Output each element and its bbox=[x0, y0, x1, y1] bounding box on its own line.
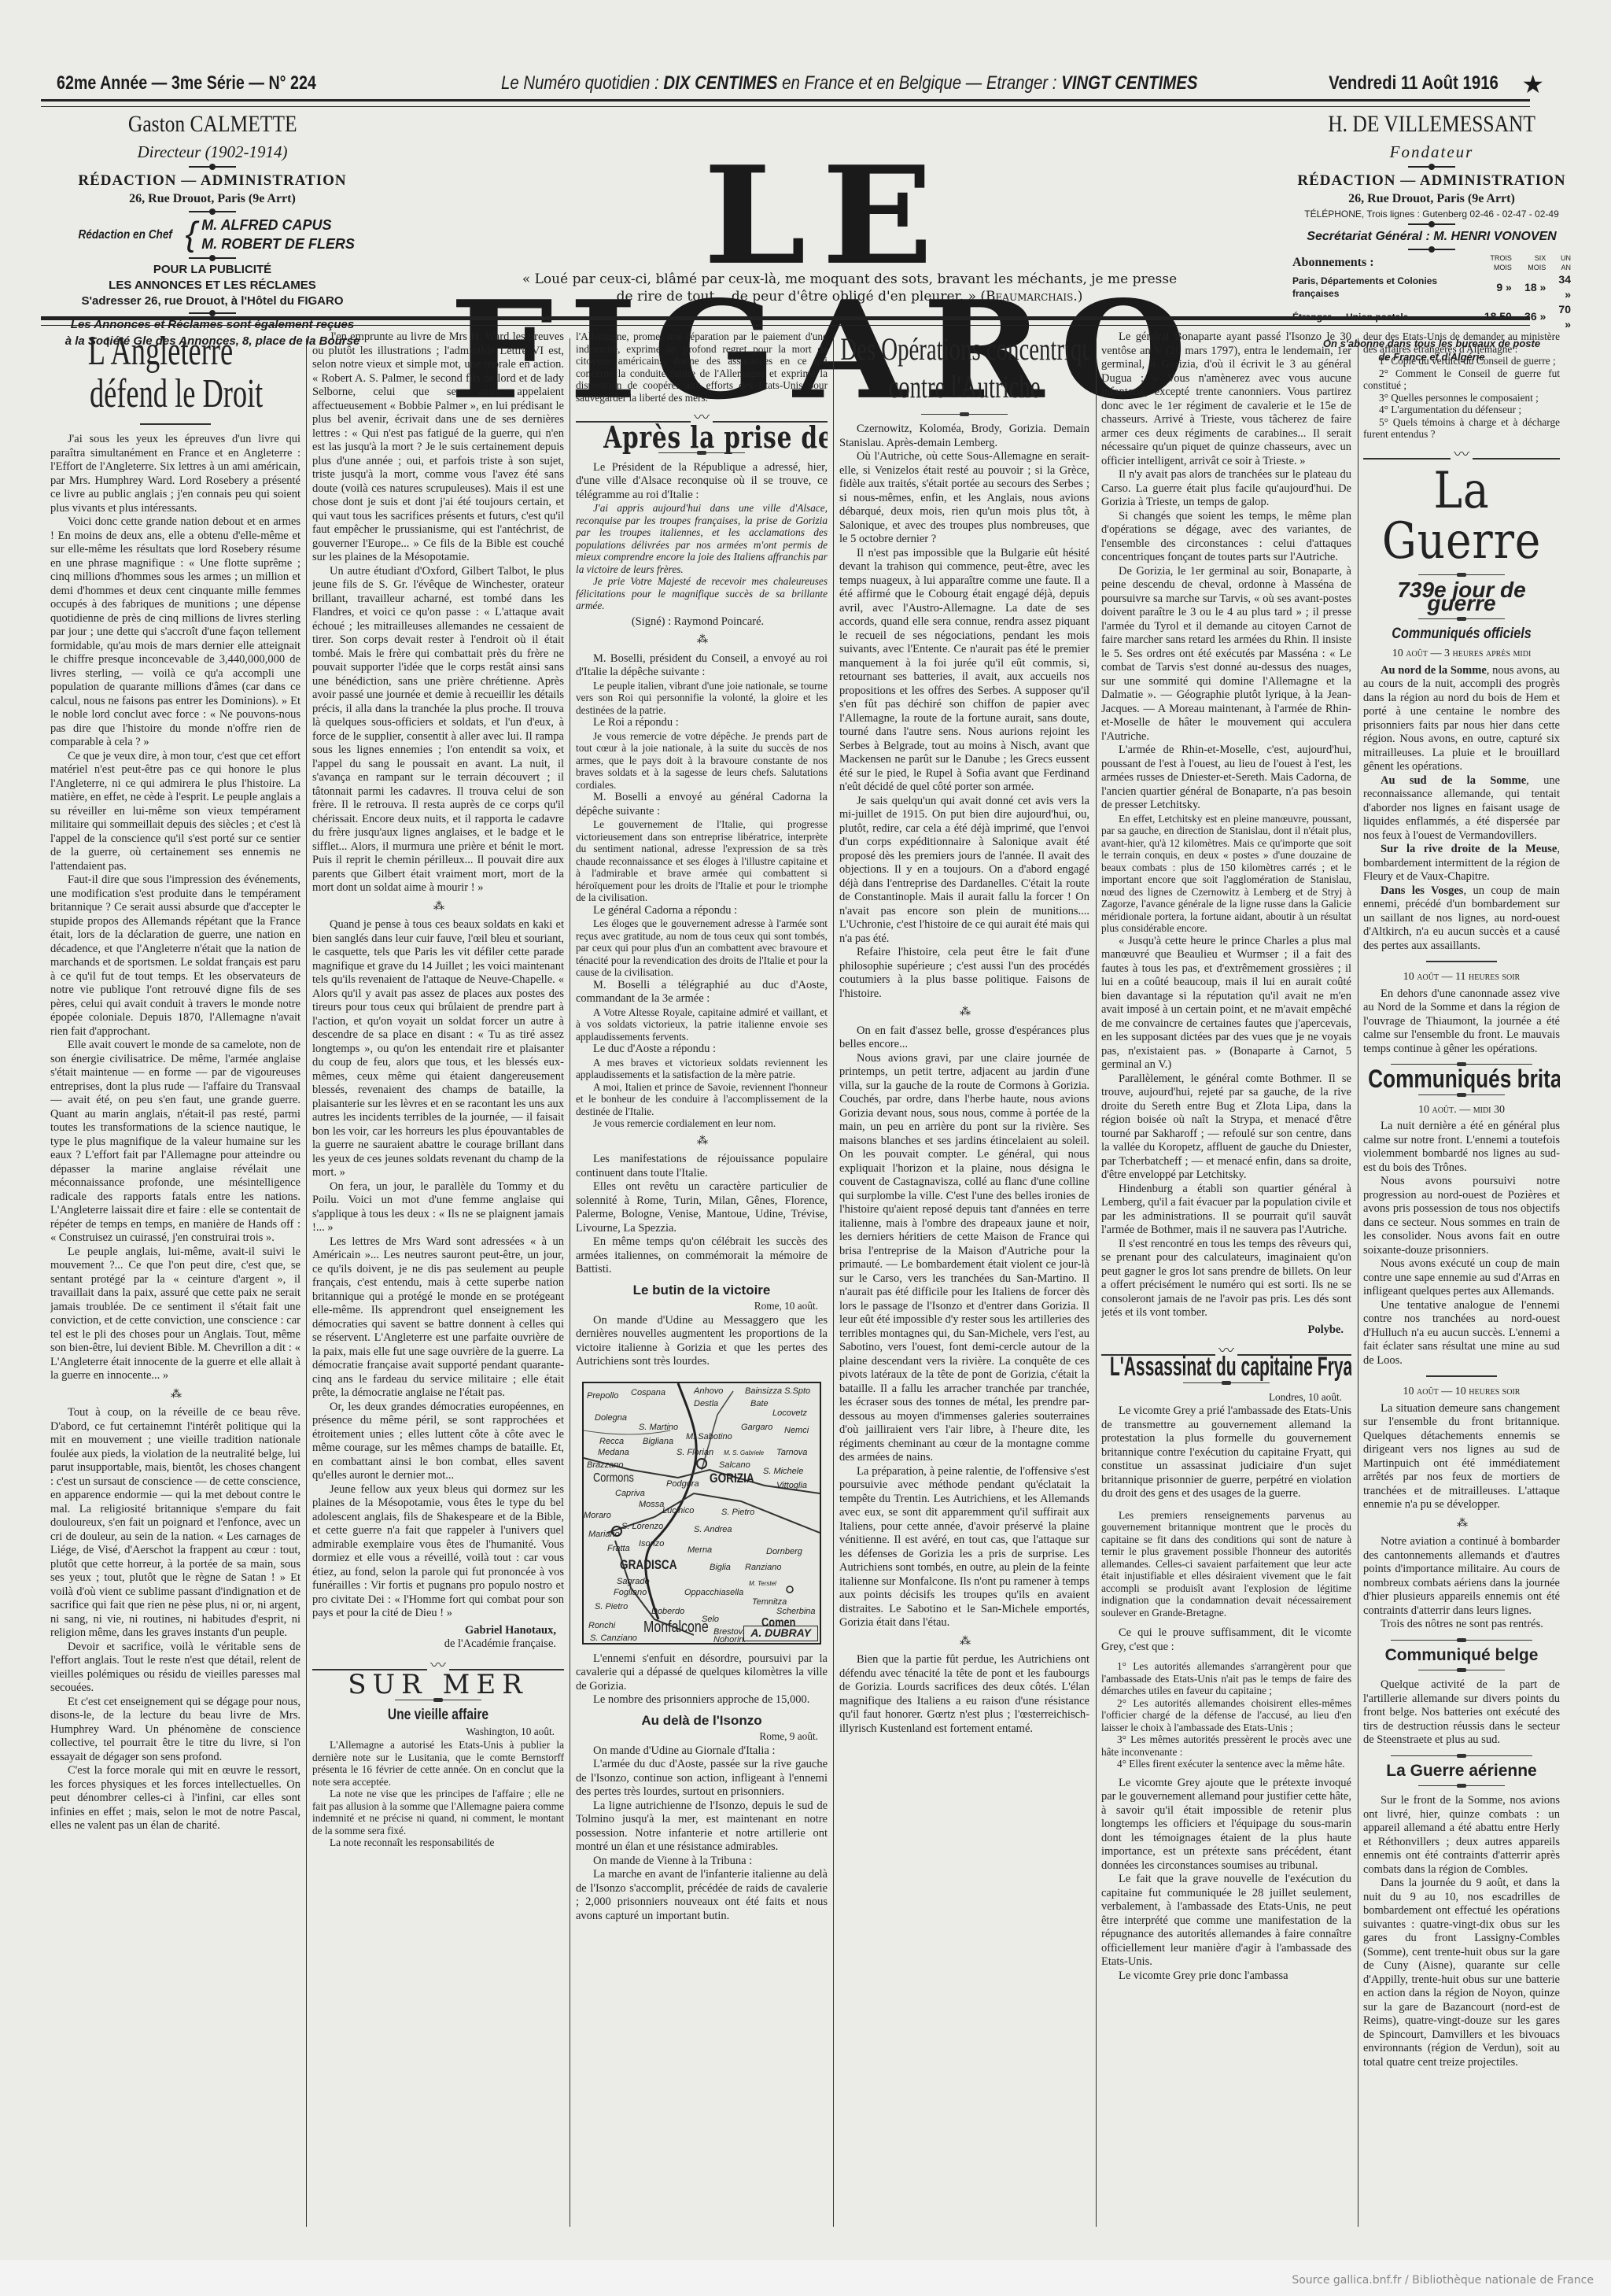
paragraph: En effet, Letchitsky est en pleine manœu… bbox=[1101, 813, 1351, 935]
communique-paragraph: Au sud de la Somme, une reconnaissance a… bbox=[1363, 774, 1560, 843]
paragraph: M. Boselli, président du Conseil, a envo… bbox=[576, 652, 828, 680]
paragraph: Le Roi a répondu : bbox=[576, 716, 828, 730]
paragraph: Où l'Autriche, où cette Sous-Allemagne e… bbox=[839, 450, 1089, 547]
column-6: deur des Etats-Unis de demander au minis… bbox=[1363, 330, 1560, 2250]
paragraph: Elle avait couvert le monde de sa camelo… bbox=[50, 1039, 300, 1246]
divider bbox=[1418, 618, 1505, 619]
article-body: J'ai sous les yeux les épreuves d'un liv… bbox=[50, 433, 300, 1833]
paragraph: Le fait que la grave nouvelle de l'exécu… bbox=[1101, 1873, 1351, 1969]
paragraph: Les éloges que le gouvernement adresse à… bbox=[576, 917, 828, 979]
wave-divider bbox=[1363, 450, 1560, 460]
column-divider bbox=[833, 338, 834, 2227]
paragraph: Le général Cadorna a répondu : bbox=[576, 904, 828, 918]
paragraph: Or, les deux grandes démocraties europée… bbox=[312, 1401, 564, 1483]
article-title-fryatt: L'Assassinat du capitaine Fryatt bbox=[1110, 1360, 1343, 1375]
section-heading: Communiqués officiels bbox=[1378, 627, 1546, 641]
paragraph: Tout à coup, on la réveille de ce beau r… bbox=[50, 1406, 300, 1641]
top-rule bbox=[41, 99, 1530, 107]
author-signature: Gabriel Hanotaux, de l'Académie français… bbox=[312, 1624, 556, 1652]
paragraph: Nous avons poursuivi notre progression a… bbox=[1363, 1175, 1560, 1257]
office-label: RÉDACTION — ADMINISTRATION bbox=[1290, 171, 1573, 191]
paragraph: Le peuple italien, vibrant d'une joie na… bbox=[576, 680, 828, 717]
paragraph: 3° Quelles personnes le composaient ; bbox=[1363, 392, 1560, 404]
divider bbox=[140, 423, 211, 425]
editors-in-chief: Rédaction en Chef { M. ALFRED CAPUS M. R… bbox=[47, 216, 378, 254]
wave-divider bbox=[312, 1661, 564, 1670]
paragraph: « Jusqu'à cette heure le prince Charles … bbox=[1101, 935, 1351, 1072]
masthead-right: H. DE VILLEMESSANT Fondateur RÉDACTION —… bbox=[1290, 109, 1573, 364]
paragraph: 5° Quels témoins à charge et à décharge … bbox=[1363, 416, 1560, 441]
office-address: 26, Rue Drouot, Paris (9e Arrt) bbox=[1290, 190, 1573, 208]
paragraph: Nous avions gravi, par une claire journé… bbox=[839, 1052, 1089, 1465]
price-line: Le Numéro quotidien : DIX CENTIMES en Fr… bbox=[501, 72, 1198, 94]
asterism-divider: ⁂ bbox=[50, 1388, 300, 1402]
paragraph: Une tentative analogue de l'ennemi contr… bbox=[1363, 1299, 1560, 1368]
chief-name: M. ROBERT DE FLERS bbox=[201, 234, 355, 253]
article-body: J'en emprunte au livre de Mrs H. Ward le… bbox=[312, 330, 564, 1621]
article-title-angleterre: L'Angleterre défend le Droit bbox=[88, 330, 264, 415]
paragraph: Bien que la partie fût perdue, les Autri… bbox=[839, 1653, 1089, 1736]
paragraph: Ce que je veux dire, à mon tour, c'est q… bbox=[50, 750, 300, 874]
map-credit: A. DUBRAY bbox=[743, 1626, 818, 1641]
divider bbox=[1391, 1755, 1532, 1756]
section-heading: Le butin de la victoire bbox=[576, 1283, 828, 1297]
telephone: TÉLÉPHONE, Trois lignes : Gutenberg 02-4… bbox=[1290, 208, 1573, 220]
paragraph: L'armée de Rhin-et-Moselle, c'est, aujou… bbox=[1101, 744, 1351, 813]
source-credit: Source gallica.bnf.fr / Bibliothèque nat… bbox=[1292, 2274, 1594, 2287]
paragraph: 4° Elles firent exécuter la sentence ave… bbox=[1101, 1758, 1351, 1770]
founder-role: Fondateur bbox=[1290, 141, 1573, 163]
subscription-row: Paris, Départements et Colonies français… bbox=[1290, 272, 1573, 302]
paragraph: Un autre étudiant d'Oxford, Gilbert Talb… bbox=[312, 565, 564, 895]
flourish-divider bbox=[1408, 166, 1455, 168]
paragraph: 3° Les mêmes autorités pressèrent le pro… bbox=[1101, 1733, 1351, 1758]
paragraph: La marche en avant de l'infanterie itali… bbox=[576, 1868, 828, 1923]
office-address: 26, Rue Drouot, Paris (9e Arrt) bbox=[47, 190, 378, 208]
author-signature: Polybe. bbox=[1101, 1323, 1344, 1338]
paragraph: Il n'est pas impossible que la Bulgarie … bbox=[839, 547, 1089, 795]
paragraph: Je vous remercie cordialement en leur no… bbox=[576, 1117, 828, 1130]
newspaper-page: 62me Année — 3me Série — N° 224 Le Numér… bbox=[31, 0, 1561, 2266]
paragraph: En même temps qu'on célébrait les succès… bbox=[576, 1235, 828, 1277]
flourish-divider bbox=[189, 257, 236, 259]
paragraph: Faut-il dire que sous l'impression des é… bbox=[50, 873, 300, 1039]
column-5: Le général Bonaparte ayant passé l'Isonz… bbox=[1101, 330, 1351, 2250]
section-heading: La Guerre aérienne bbox=[1363, 1764, 1560, 1778]
communique-paragraph: Dans les Vosges, un coup de main ennemi,… bbox=[1363, 884, 1560, 954]
paragraph: Le gouvernement de l'Italie, qui progres… bbox=[576, 818, 828, 904]
section-heading: Communiqués britanniques bbox=[1368, 1072, 1555, 1087]
paragraph: 2° Comment le Conseil de guerre fut cons… bbox=[1363, 367, 1560, 392]
section-heading: Au delà de l'Isonzo bbox=[576, 1714, 828, 1728]
flourish-divider bbox=[1408, 223, 1455, 225]
section-heading: Communiqué belge bbox=[1363, 1648, 1560, 1663]
paragraph: Devoir et sacrifice, voilà le véritable … bbox=[50, 1641, 300, 1696]
paragraph: M. Boselli a envoyé au général Cadorna l… bbox=[576, 791, 828, 818]
divider bbox=[1391, 1640, 1532, 1641]
divider bbox=[1418, 1670, 1505, 1670]
paragraph: C'est la force morale qui mit en œuvre l… bbox=[50, 1764, 300, 1833]
column-1: L'Angleterre défend le Droit J'ai sous l… bbox=[50, 330, 300, 2250]
column-divider bbox=[1096, 338, 1097, 2227]
section-title-la-guerre: La Guerre bbox=[1377, 466, 1546, 567]
paragraph: Il s'est rencontré en tous les temps des… bbox=[1101, 1238, 1351, 1320]
divider bbox=[1418, 1094, 1505, 1095]
secretary: Secrétariat Général : M. HENRI VONOVEN bbox=[1290, 228, 1573, 245]
paragraph: Si changés que soient les temps, le même… bbox=[1101, 510, 1351, 565]
paragraph: La nuit dernière a été en général plus c… bbox=[1363, 1120, 1560, 1175]
divider bbox=[1426, 961, 1497, 962]
paragraph: A moi, Italien et prince de Savoie, revi… bbox=[576, 1081, 828, 1118]
issue-number: 62me Année — 3me Série — N° 224 bbox=[57, 72, 316, 94]
asterism-divider: ⁂ bbox=[576, 1135, 828, 1149]
column-2: J'en emprunte au livre de Mrs H. Ward le… bbox=[312, 330, 564, 2250]
paragraph: Le peuple anglais, lui-même, avait-il su… bbox=[50, 1246, 300, 1383]
paragraph: A mes braves et victorieux soldats revie… bbox=[576, 1057, 828, 1081]
top-strip: 62me Année — 3me Série — N° 224 Le Numér… bbox=[41, 72, 1561, 99]
paragraph: Je vous remercie de votre dépêche. Je pr… bbox=[576, 730, 828, 792]
paragraph: Refaire l'histoire, cela peut être le fa… bbox=[839, 946, 1089, 1001]
masthead-rule bbox=[41, 316, 1530, 326]
paragraph: Czernowitz, Koloméa, Brody, Gorizia. Dem… bbox=[839, 423, 1089, 450]
article-subtitle: Une vieille affaire bbox=[335, 1708, 541, 1722]
column-divider bbox=[306, 338, 307, 2227]
paragraph: 2° Les autorités allemandes choisirent e… bbox=[1101, 1697, 1351, 1734]
divider bbox=[1183, 1382, 1270, 1383]
paragraph: 1° Les autorités allemandes s'arrangèren… bbox=[1101, 1660, 1351, 1697]
paragraph: L'armée du duc d'Aoste, passée sur la ri… bbox=[576, 1758, 828, 1800]
paragraph: Les lettres de Mrs Ward sont adressées «… bbox=[312, 1235, 564, 1401]
paragraph: La ligne autrichienne de l'Isonzo, depui… bbox=[576, 1800, 828, 1855]
paragraph: Quand je pense à tous ces beaux soldats … bbox=[312, 918, 564, 1180]
divider bbox=[1418, 1785, 1505, 1786]
paragraph: On mande de Vienne à la Tribuna : bbox=[576, 1855, 828, 1869]
paragraph: Le duc d'Aoste a répondu : bbox=[576, 1043, 828, 1057]
asterism-divider: ⁂ bbox=[839, 1006, 1089, 1020]
article-title-gorizia: Après la prise de Gorizia bbox=[603, 430, 800, 445]
director-role: Directeur (1902-1914) bbox=[47, 141, 378, 163]
paragraph: Parallèlement, le général comte Bothmer.… bbox=[1101, 1072, 1351, 1183]
founder-name: H. DE VILLEMESSANT bbox=[1328, 109, 1535, 141]
column-4: Des Opérations concentriques contre l'Au… bbox=[839, 330, 1089, 2250]
gorizia-map: Prepollo Cospana Anhovo Bainsizza S.Spto… bbox=[582, 1382, 821, 1644]
paragraph: Jeune fellow aux yeux bleus qui dormez s… bbox=[312, 1483, 564, 1621]
column-divider bbox=[570, 338, 570, 2227]
communique-paragraph: Sur la rive droite de la Meuse, bombarde… bbox=[1363, 843, 1560, 884]
masthead-left: Gaston CALMETTE Directeur (1902-1914) RÉ… bbox=[47, 109, 378, 349]
chief-name: M. ALFRED CAPUS bbox=[201, 216, 355, 234]
article-title-sur-mer: SUR MER bbox=[312, 1678, 564, 1692]
article-title-operations: Des Opérations concentriques contre l'Au… bbox=[840, 330, 1088, 406]
paragraph: Je sais quelqu'un qui avait donné cet av… bbox=[839, 795, 1089, 947]
paragraph: Hindenburg a établi son quartier général… bbox=[1101, 1183, 1351, 1238]
paragraph: 4° L'argumentation du défenseur ; bbox=[1363, 404, 1560, 416]
paragraph: J'ai sous les yeux les épreuves d'un liv… bbox=[50, 433, 300, 515]
column-3: l'Allemagne, promet une réparation par l… bbox=[576, 330, 828, 2250]
paragraph: Nous avons exécuté un coup de main contr… bbox=[1363, 1257, 1560, 1299]
war-day-count: 739e jour de guerre bbox=[1363, 583, 1560, 611]
paragraph: M. Boselli a télégraphié au duc d'Aoste,… bbox=[576, 979, 828, 1006]
paragraph: Le vicomte Grey ajoute que le prétexte i… bbox=[1101, 1777, 1351, 1873]
flourish-divider bbox=[189, 211, 236, 212]
asterism-divider: ⁂ bbox=[839, 1635, 1089, 1649]
paragraph: Elles ont revêtu un caractère particulie… bbox=[576, 1180, 828, 1235]
paragraph: Et c'est cet enseignement qui se dégage … bbox=[50, 1696, 300, 1765]
paragraph: 1° Copie du verdict du Conseil de guerre… bbox=[1363, 355, 1560, 367]
paragraph: Voici donc cette grande nation debout et… bbox=[50, 515, 300, 750]
paragraph: Le général Bonaparte ayant passé l'Isonz… bbox=[1101, 330, 1351, 468]
paragraph: A Votre Altesse Royale, capitaine admiré… bbox=[576, 1006, 828, 1043]
paragraph: La préparation, à peine ralentie, de l'o… bbox=[839, 1465, 1089, 1630]
divider bbox=[921, 414, 1008, 415]
motto: « Loué par ceux-ci, blâmé par ceux-là, m… bbox=[401, 271, 1298, 305]
divider bbox=[395, 1700, 481, 1700]
paragraph: Il n'y avait pas alors de tranchées sur … bbox=[1101, 468, 1351, 510]
column-divider bbox=[1358, 338, 1358, 2227]
issue-date: Vendredi 11 Août 1916 bbox=[1329, 72, 1499, 94]
paragraph: On fera, un jour, le parallèle du Tommy … bbox=[312, 1180, 564, 1235]
communique-paragraph: Au nord de la Somme, nous avons, au au c… bbox=[1363, 664, 1560, 774]
paragraph: Les manifestations de réjouissance popul… bbox=[576, 1153, 828, 1180]
paragraph: J'en emprunte au livre de Mrs H. Ward le… bbox=[312, 330, 564, 565]
paragraph: On en fait d'assez belle, grosse d'espér… bbox=[839, 1024, 1089, 1052]
flourish-divider bbox=[1408, 249, 1455, 250]
divider bbox=[658, 452, 745, 453]
paragraph: De Gorizia, le 1er germinal au soir, Bon… bbox=[1101, 565, 1351, 744]
office-label: RÉDACTION — ADMINISTRATION bbox=[47, 171, 378, 191]
flourish-divider bbox=[189, 312, 236, 314]
director-name: Gaston CALMETTE bbox=[128, 109, 297, 141]
columns: L'Angleterre défend le Droit J'ai sous l… bbox=[41, 330, 1559, 2250]
star-icon: ★ bbox=[1521, 69, 1544, 99]
flourish-divider bbox=[189, 166, 236, 168]
divider bbox=[1426, 1375, 1497, 1377]
asterism-divider: ⁂ bbox=[312, 900, 564, 914]
divider bbox=[1418, 574, 1505, 575]
